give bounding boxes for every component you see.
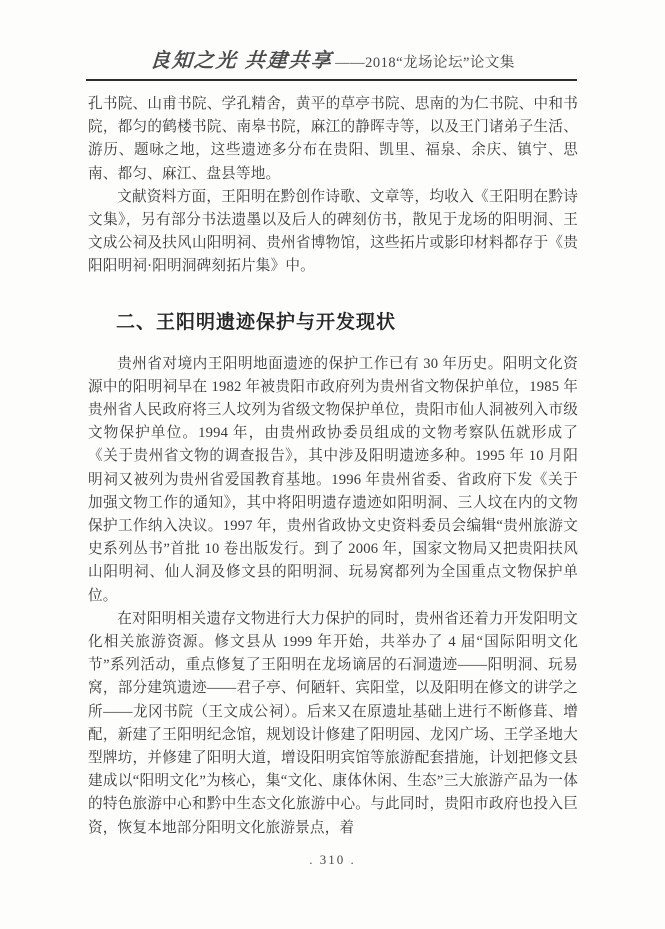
- section-heading: 二、王阳明遗迹保护与开发现状: [88, 310, 578, 336]
- page-number: . 310 .: [0, 852, 665, 868]
- paragraph-academies-continuation: 孔书院、山甫书院、学孔精舍，黄平的草亭书院、思南的为仁书院、中和书院，都匀的鹤楼…: [88, 93, 578, 186]
- running-header: 良知之光 共建共享 ——2018“龙场论坛”论文集: [87, 44, 578, 73]
- volume-title: ——2018“龙场论坛”论文集: [335, 51, 515, 72]
- paragraph-protection: 贵州省对境内王阳明地面遗迹的保护工作已有 30 年历史。阳明文化资源中的阳明祠早…: [88, 353, 578, 608]
- paragraph-literature: 文献资料方面，王阳明在黔创作诗歌、文章等，均收入《王阳明在黔诗文集》，另有部分书…: [88, 186, 578, 279]
- calligraphy-motto: 良知之光 共建共享: [149, 44, 334, 73]
- header-rule-divider: [86, 79, 577, 81]
- page-sheet: 良知之光 共建共享 ——2018“龙场论坛”论文集 孔书院、山甫书院、学孔精舍，…: [0, 0, 665, 929]
- document-body: 孔书院、山甫书院、学孔精舍，黄平的草亭书院、思南的为仁书院、中和书院，都匀的鹤楼…: [88, 93, 578, 840]
- paragraph-development: 在对阳明相关遗存文物进行大力保护的同时，贵州省还着力开发阳明文化相关旅游资源。修…: [88, 608, 578, 840]
